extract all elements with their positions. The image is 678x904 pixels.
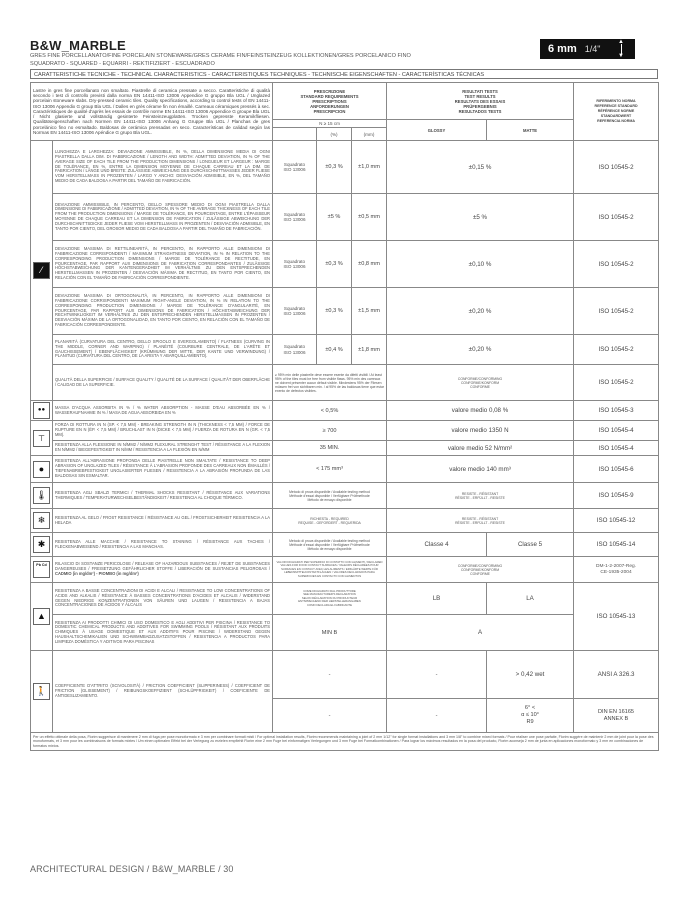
table-row: ❄ RESISTENZA AL GELO / FROST RESISTANCE … [31, 509, 659, 533]
table-row: ●● MASSA D'ACQUA ASSORBITA IN % / % WATE… [31, 401, 659, 421]
table-row: ● RESISTENZA ALL'ABRASIONE PROFONDA DELL… [31, 456, 659, 483]
joint-footnote: Per un effetto ottimale della posa, Flor… [31, 733, 659, 751]
table-row: ⊤ FORZA DI ROTTURA IN N (sp. < 7,5 mm) -… [31, 421, 659, 441]
reference-header: RIFERIMENTO NORMA REFERENCE STANDARD RÉF… [574, 83, 659, 141]
mm-header: (mm) [352, 128, 387, 141]
table-row: PLANARITÀ (CURVATURA DEL CENTRO, DELLO S… [31, 335, 659, 365]
thickness-mm: 6 mm [548, 43, 577, 55]
page-footer: ARCHITECTURAL DESIGN / B&W_MARBLE / 30 [30, 864, 234, 874]
spec-table: Lastre in gres fine porcellanato non sma… [30, 82, 659, 751]
pct-header: (%) [317, 128, 352, 141]
slip-person-icon: 🚶 [33, 683, 50, 700]
table-row: QUALITÀ DELLA SUPERFICIE / SURFACE QUALI… [31, 365, 659, 401]
matte-header: MATTE [487, 120, 574, 141]
table-row: DEVIAZIONE MASSIMA DI ORTOGONALITÀ, IN P… [31, 288, 659, 335]
thermal-shock-icon: 🌡 [33, 487, 50, 504]
table-row: DEVIAZIONE AMMISSIBILE, IN PERCENTO, DEL… [31, 194, 659, 241]
dimensions-icon: ⁄ [33, 262, 50, 279]
table-row: ✱ RESISTENZA ALLE MACCHIE / RESISTANCE T… [31, 533, 659, 557]
stain-icon: ✱ [33, 536, 50, 553]
table-row: RESISTENZA ALLA FLESSIONE IN N/mm2 / N/m… [31, 441, 659, 456]
water-drops-icon: ●● [33, 402, 50, 419]
table-row: 🌡 RESISTENZA AGLI SBALZI TERMICI / THERM… [31, 483, 659, 509]
abrasion-icon: ● [33, 461, 50, 478]
thickness-inch: 1/4" [585, 44, 601, 54]
table-row: 🚶 COEFFICIENTE D'ATTRITO (SCIVOLOSITÀ) /… [31, 651, 659, 699]
thickness-badge: 6 mm 1/4" ▼ [540, 39, 635, 59]
chemical-flask-icon: ▲ [33, 608, 50, 625]
intro-text: Lastre in gres fine porcellanato non sma… [31, 83, 273, 141]
frost-icon: ❄ [33, 512, 50, 529]
footnote-row: Per un effetto ottimale della posa, Flor… [31, 733, 659, 751]
glossy-header: GLOSSY [387, 120, 487, 141]
table-row: RESISTENZA AI PRODOTTI CHIMICI DI USO DO… [31, 615, 659, 651]
dimensions-icon-cell: ⁄ [31, 141, 53, 401]
min-size-header: N ≥ 15 cm [273, 120, 387, 128]
lead-cadmium-icon: Pb Cd [33, 561, 50, 578]
results-header: RISULTATI TESTS TEST RESULTS RESULTATS D… [387, 83, 574, 120]
table-row: ▲ RESISTENZA A BASSE CONCENTRAZIONI DI A… [31, 583, 659, 615]
table-row: DEVIAZIONE MASSIMA DI RETTILINEARITÀ, IN… [31, 241, 659, 288]
subtitle-material: GRES FINE PORCELLANATO/FINE PORCELAIN ST… [30, 53, 411, 59]
subtitle-edge: SQUADRATO - SQUARED - EQUARRI - REKTIFIZ… [30, 61, 215, 67]
height-arrow-icon: ▼ [618, 42, 626, 56]
page-title: B&W_MARBLE [30, 38, 126, 53]
prescription-header: PRESCRIZIONE STANDARD REQUIREMENTS PRESC… [273, 83, 387, 120]
breaking-strength-icon: ⊤ [33, 430, 50, 447]
table-row: Pb Cd RILASCIO DI SOSTANZE PERICOLOSE / … [31, 557, 659, 583]
table-row: ⁄ LUNGHEZZA E LARGHEZZA: DEVIAZIONE AMMI… [31, 141, 659, 194]
table-header-row: Lastre in gres fine porcellanato non sma… [31, 83, 659, 120]
technical-characteristics-bar: CARATTERISTICHE TECNICHE - TECHNICAL CHA… [30, 69, 658, 79]
